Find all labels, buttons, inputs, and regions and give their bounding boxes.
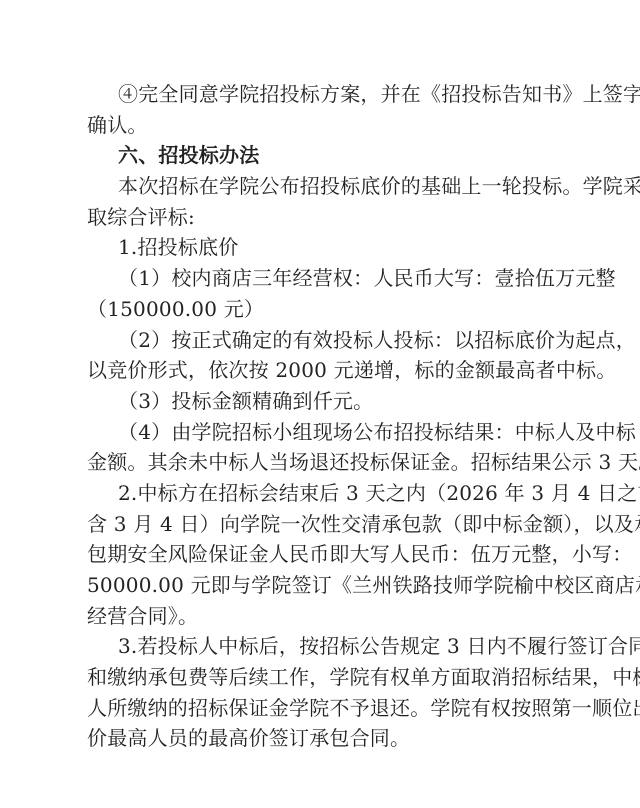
intro-line-2: 取综合评标: bbox=[87, 202, 561, 233]
item-2-line-2: 含 3 月 4 日）向学院一次性交清承包款（即中标金额），以及承 bbox=[87, 509, 561, 540]
document-body: ④完全同意学院招投标方案，并在《招投标告知书》上签字 确认。 六、招投标办法 本… bbox=[87, 79, 561, 754]
item-2-line-1: 2.中标方在招标会结束后 3 天之内（2026 年 3 月 4 日之前， bbox=[87, 478, 561, 509]
item-1-1-line-1: （1）校内商店三年经营权：人民币大写：壹拾伍万元整 bbox=[87, 263, 561, 294]
item-2-line-3: 包期安全风险保证金人民币即大写人民币：伍万元整，小写： bbox=[87, 539, 561, 570]
item-3-line-1: 3.若投标人中标后，按招标公告规定 3 日内不履行签订合同 bbox=[87, 631, 561, 662]
item-3-line-3: 人所缴纳的招标保证金学院不予退还。学院有权按照第一顺位出 bbox=[87, 693, 561, 724]
intro-line-1: 本次招标在学院公布招投标底价的基础上一轮投标。学院采 bbox=[87, 171, 561, 202]
item-1-2-line-1: （2）按正式确定的有效投标人投标：以招标底价为起点， bbox=[87, 325, 561, 356]
clause-4-line-1: ④完全同意学院招投标方案，并在《招投标告知书》上签字 bbox=[87, 79, 561, 110]
item-1-4-line-1: （4）由学院招标小组现场公布招投标结果：中标人及中标 bbox=[87, 417, 561, 448]
clause-4-line-2: 确认。 bbox=[87, 110, 561, 141]
item-1-4-line-2: 金额。其余未中标人当场退还投标保证金。招标结果公示 3 天。 bbox=[87, 447, 561, 478]
item-1-3: （3）投标金额精确到仟元。 bbox=[87, 386, 561, 417]
item-2-line-4: 50000.00 元即与学院签订《兰州铁路技师学院榆中校区商店承包 bbox=[87, 570, 561, 601]
item-2-line-5: 经营合同》。 bbox=[87, 601, 561, 632]
item-1-2-line-2: 以竞价形式，依次按 2000 元递增，标的金额最高者中标。 bbox=[87, 355, 561, 386]
item-1-1-line-2: （150000.00 元） bbox=[87, 294, 561, 325]
item-3-line-2: 和缴纳承包费等后续工作，学院有权单方面取消招标结果，中标 bbox=[87, 662, 561, 693]
document-page: ④完全同意学院招投标方案，并在《招投标告知书》上签字 确认。 六、招投标办法 本… bbox=[0, 0, 640, 808]
item-3-line-4: 价最高人员的最高价签订承包合同。 bbox=[87, 723, 561, 754]
section-six-heading: 六、招投标办法 bbox=[87, 140, 561, 171]
item-1-title: 1.招投标底价 bbox=[87, 232, 561, 263]
